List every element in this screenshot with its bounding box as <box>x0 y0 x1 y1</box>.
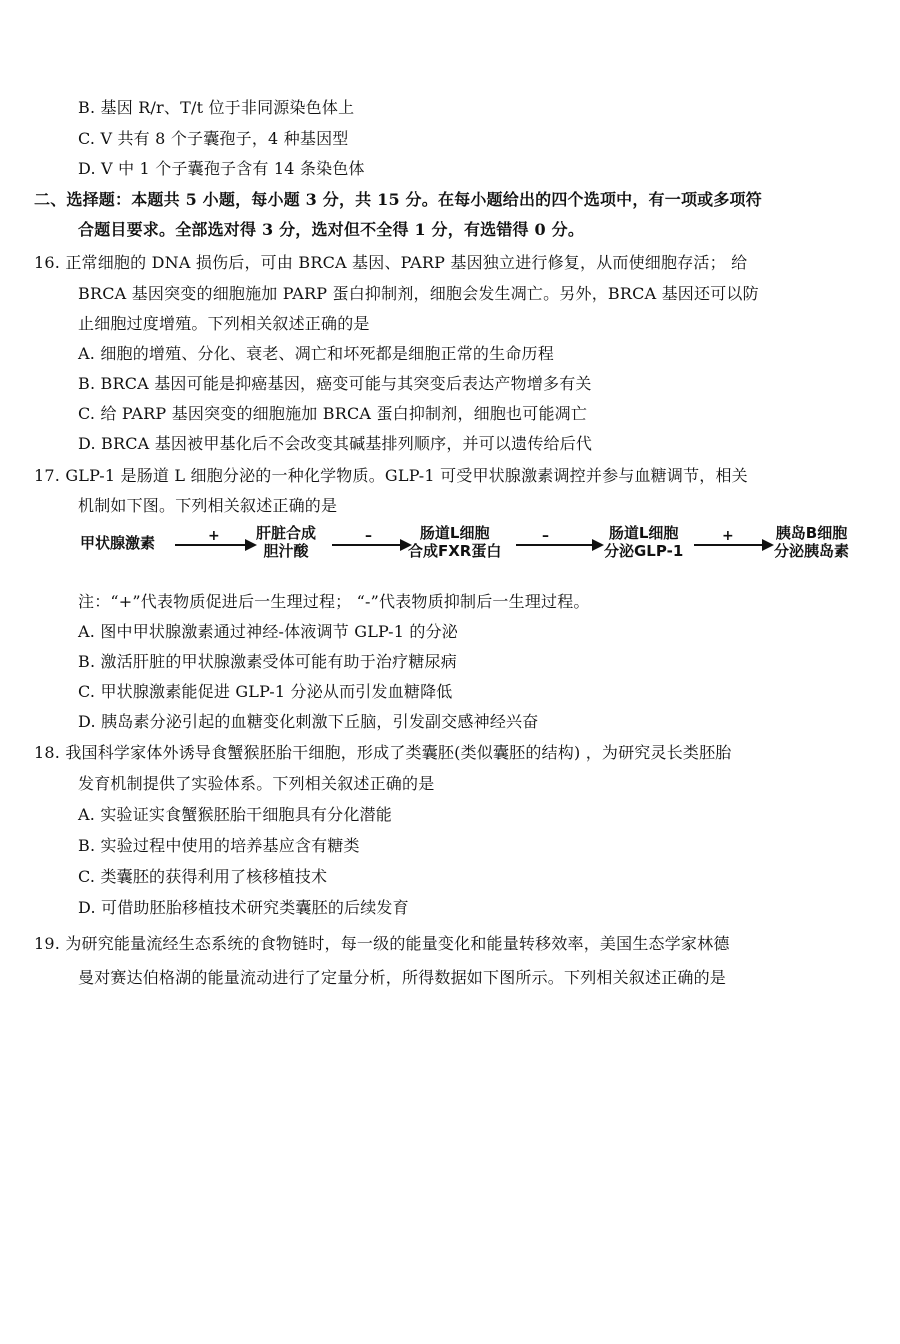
node-thyroid-hormone: 甲状腺激素 <box>80 534 155 552</box>
arrow-4 <box>694 544 772 546</box>
section-heading-cont: 合题目要求。全部选对得 3 分，选对但不全得 1 分，有选错得 0 分。 <box>78 220 584 240</box>
q18-option-d: D. 可借助胚胎移植技术研究类囊胚的后续发育 <box>78 898 409 918</box>
option-d-prev: D. V 中 1 个子囊孢子含有 14 条染色体 <box>78 159 365 179</box>
sign-inhibit-1: – <box>365 529 372 543</box>
arrow-1 <box>175 544 255 546</box>
q18-stem: 18. 我国科学家体外诱导食蟹猴胚胎干细胞，形成了类囊胚(类似囊胚的结构) ，为… <box>34 743 732 763</box>
q16-stem-3: 止细胞过度增殖。下列相关叙述正确的是 <box>78 314 370 334</box>
q17-option-a: A. 图中甲状腺激素通过神经-体液调节 GLP-1 的分泌 <box>78 622 458 642</box>
q18-option-a: A. 实验证实食蟹猴胚胎干细胞具有分化潜能 <box>78 805 392 825</box>
sign-inhibit-2: – <box>542 529 549 543</box>
q18-stem-2: 发育机制提供了实验体系。下列相关叙述正确的是 <box>78 774 434 794</box>
q17-option-c: C. 甲状腺激素能促进 GLP-1 分泌从而引发血糖降低 <box>78 682 453 702</box>
q16-option-d: D. BRCA 基因被甲基化后不会改变其碱基排列顺序，并可以遗传给后代 <box>78 434 592 454</box>
q16-option-c: C. 给 PARP 基因突变的细胞施加 BRCA 蛋白抑制剂，细胞也可能凋亡 <box>78 404 587 424</box>
q17-stem: 17. GLP-1 是肠道 L 细胞分泌的一种化学物质。GLP-1 可受甲状腺激… <box>34 466 748 486</box>
node-l-cell-fxr: 肠道L细胞 合成FXR蛋白 <box>408 524 501 560</box>
mechanism-diagram: 甲状腺激素 + 肝脏合成 胆汁酸 – 肠道L细胞 合成FXR蛋白 – 肠道L细胞… <box>80 524 870 574</box>
node-b-cell-insulin: 胰岛B细胞 分泌胰岛素 <box>774 524 849 560</box>
section-heading: 二、选择题：本题共 5 小题，每小题 3 分，共 15 分。在每小题给出的四个选… <box>34 190 762 210</box>
arrow-3 <box>516 544 602 546</box>
arrow-2 <box>332 544 410 546</box>
q17-option-d: D. 胰岛素分泌引起的血糖变化刺激下丘脑，引发副交感神经兴奋 <box>78 712 538 732</box>
q17-note: 注：“+”代表物质促进后一生理过程； “-”代表物质抑制后一生理过程。 <box>78 592 590 612</box>
node-l-cell-glp1: 肠道L细胞 分泌GLP-1 <box>604 524 683 560</box>
option-c-prev: C. V 共有 8 个子囊孢子，4 种基因型 <box>78 129 349 149</box>
q19-stem: 19. 为研究能量流经生态系统的食物链时，每一级的能量变化和能量转移效率，美国生… <box>34 934 730 954</box>
q18-option-b: B. 实验过程中使用的培养基应含有糖类 <box>78 836 360 856</box>
sign-promote-2: + <box>722 529 734 543</box>
node-liver-bile-acid: 肝脏合成 胆汁酸 <box>256 524 316 560</box>
q16-stem: 16. 正常细胞的 DNA 损伤后，可由 BRCA 基因、PARP 基因独立进行… <box>34 253 747 273</box>
q19-stem-2: 曼对赛达伯格湖的能量流动进行了定量分析，所得数据如下图所示。下列相关叙述正确的是 <box>78 968 726 988</box>
option-b-prev: B. 基因 R/r、T/t 位于非同源染色体上 <box>78 98 354 118</box>
q17-option-b: B. 激活肝脏的甲状腺激素受体可能有助于治疗糖尿病 <box>78 652 457 672</box>
q17-stem-2: 机制如下图。下列相关叙述正确的是 <box>78 496 337 516</box>
q18-option-c: C. 类囊胚的获得利用了核移植技术 <box>78 867 327 887</box>
q16-option-b: B. BRCA 基因可能是抑癌基因，癌变可能与其突变后表达产物增多有关 <box>78 374 592 394</box>
sign-promote-1: + <box>208 529 220 543</box>
q16-stem-2: BRCA 基因突变的细胞施加 PARP 蛋白抑制剂，细胞会发生凋亡。另外，BRC… <box>78 284 759 304</box>
q16-option-a: A. 细胞的增殖、分化、衰老、凋亡和坏死都是细胞正常的生命历程 <box>78 344 554 364</box>
